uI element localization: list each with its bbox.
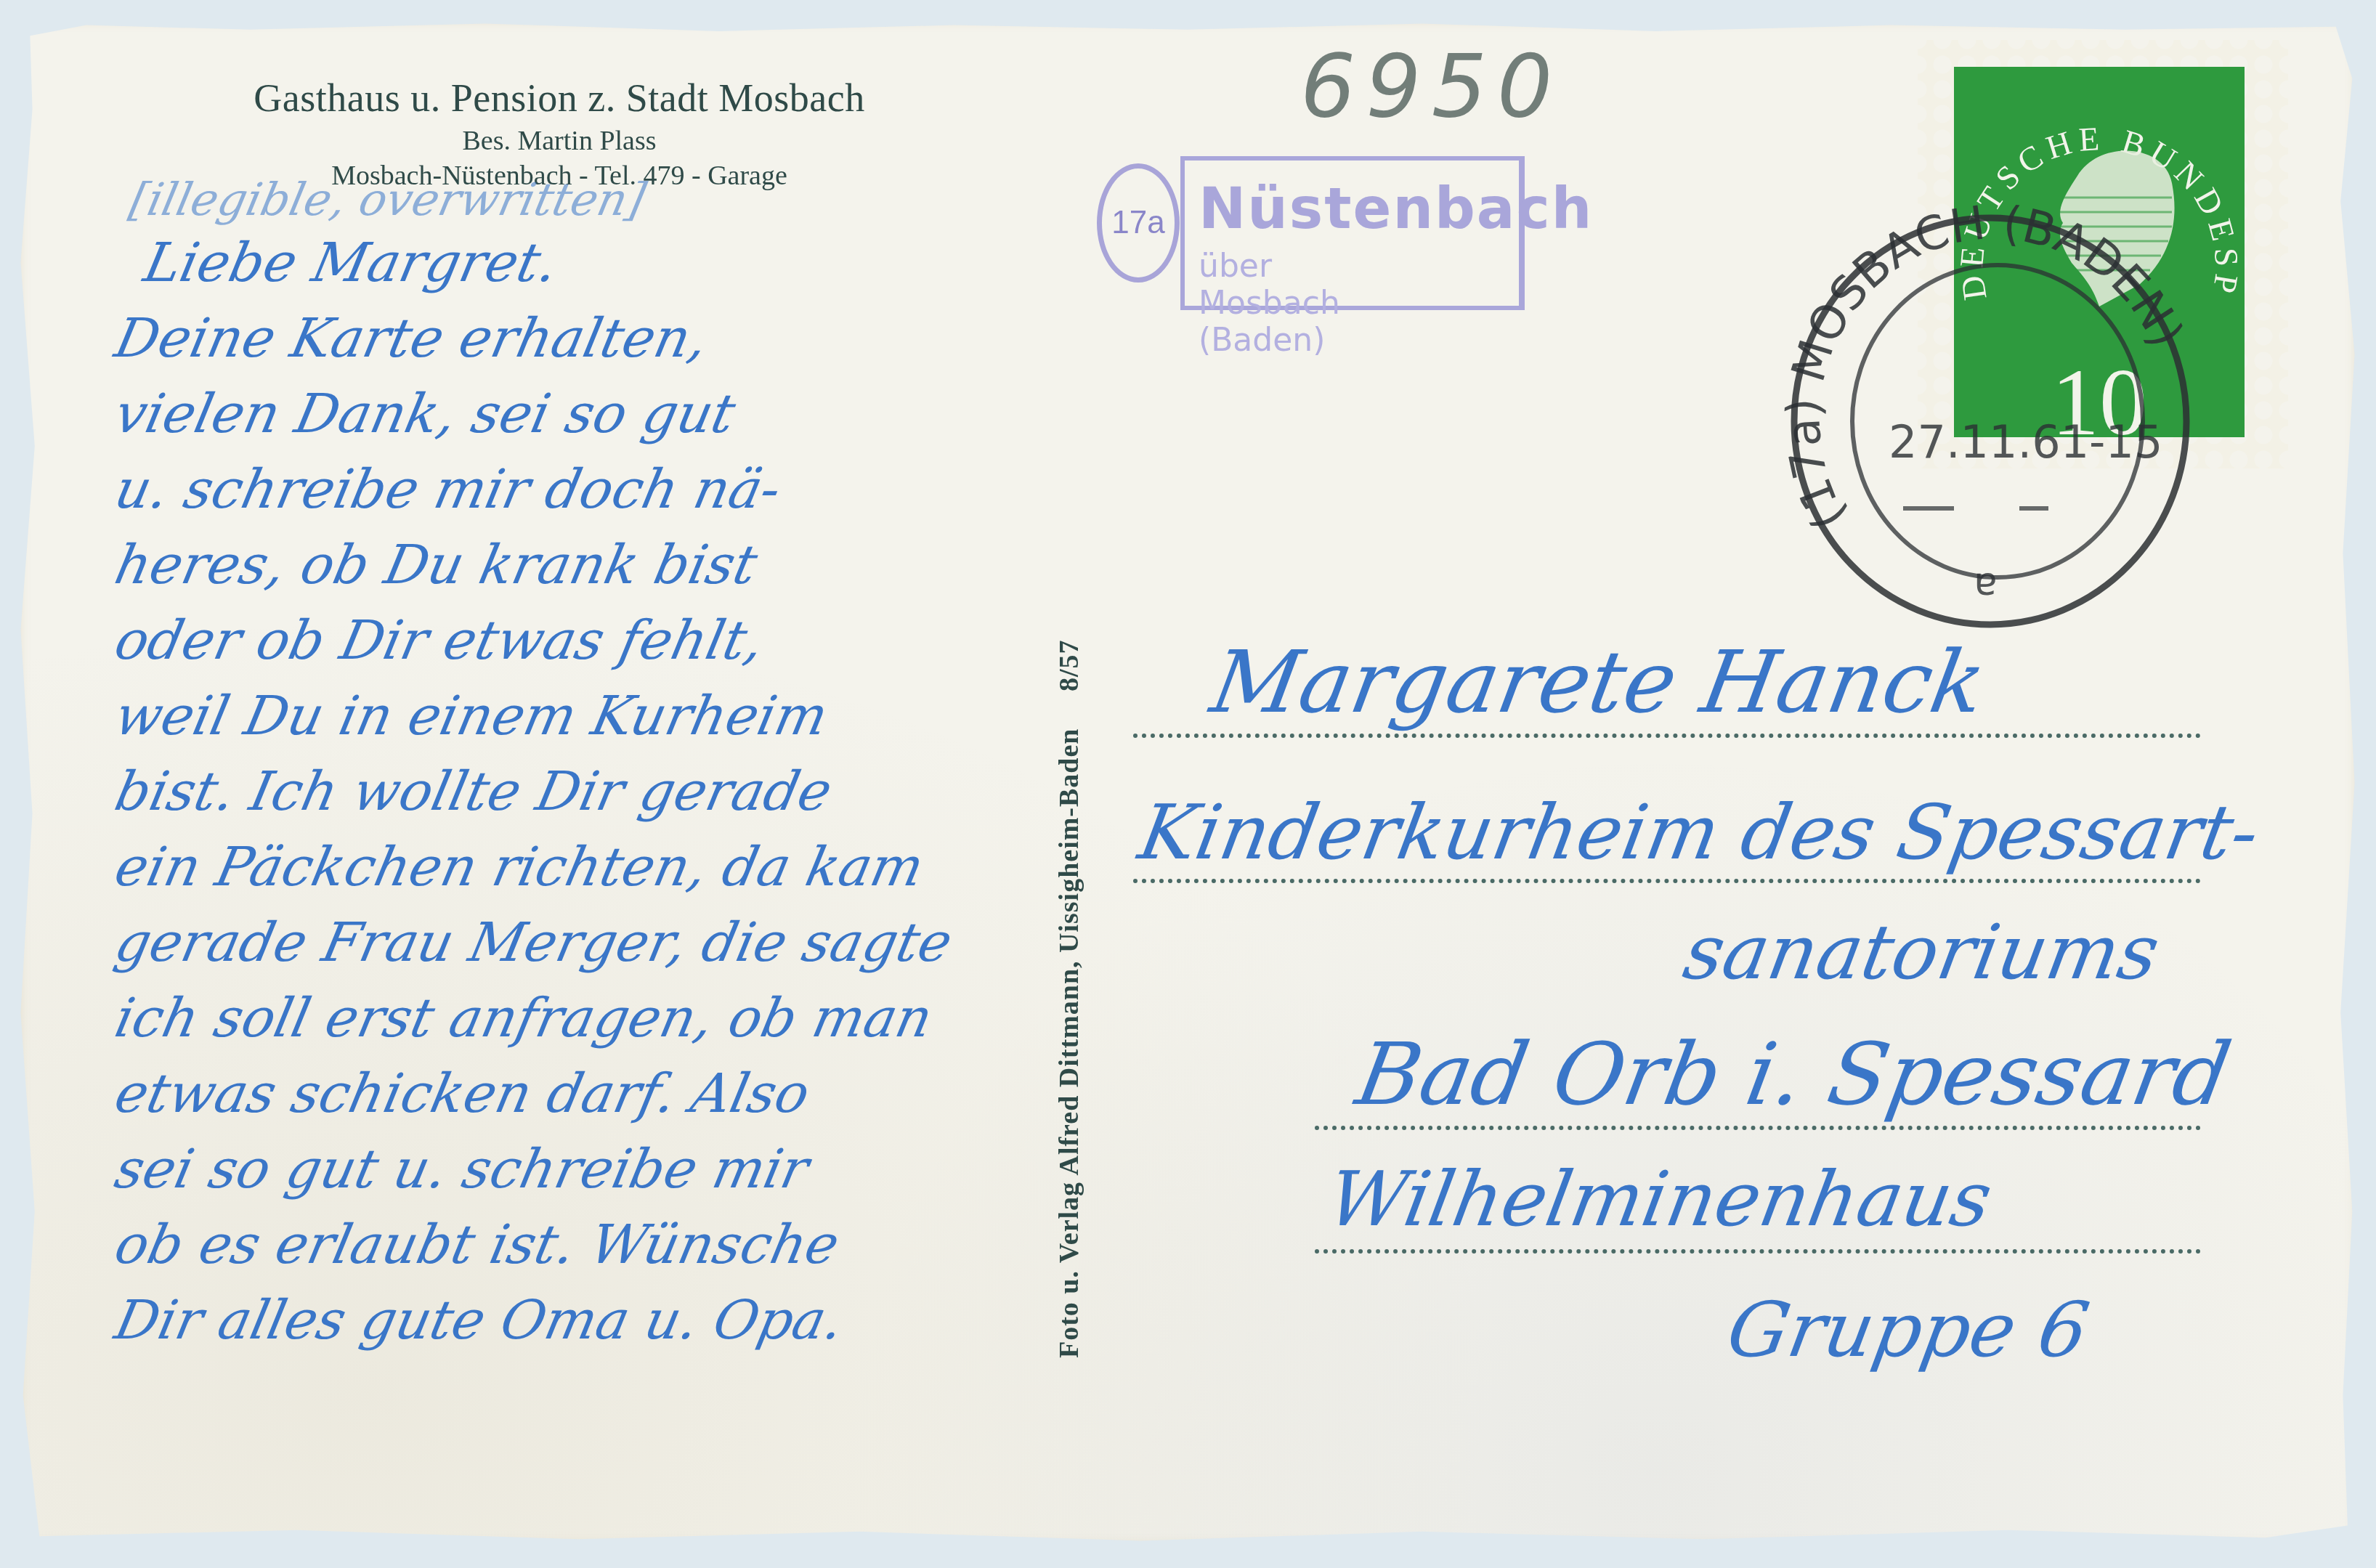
letterhead-owner: Bes. Martin Plass bbox=[131, 123, 988, 158]
message-line: gerade Frau Merger, die sagte bbox=[108, 905, 959, 980]
district-code: 17a bbox=[1111, 205, 1164, 241]
message-line: weil Du in einem Kurheim bbox=[108, 678, 959, 754]
message-line: [illegible, overwritten] bbox=[126, 174, 957, 225]
message-line: Deine Karte erhalten, bbox=[108, 301, 959, 376]
message-signature: Dir alles gute Oma u. Opa. bbox=[108, 1283, 959, 1358]
message-line: ob es erlaubt ist. Wünsche bbox=[108, 1207, 959, 1283]
postmark: (17a) MOSBACH (BADEN) 27.11.61-15 a bbox=[1780, 182, 2186, 625]
address-city: Bad Orb i. Spessard bbox=[1350, 1024, 2238, 1124]
message-line: sei so gut u. schreibe mir bbox=[108, 1132, 959, 1207]
publisher-code: 8/57 bbox=[1054, 639, 1084, 691]
address-line: Kinderkurheim des Spessart- bbox=[1132, 788, 2266, 877]
recipient-name: Margarete Hanck bbox=[1204, 632, 1993, 732]
address-line: Wilhelminenhaus bbox=[1321, 1155, 1998, 1243]
message-line: etwas schicken darf. Also bbox=[108, 1056, 959, 1132]
letterhead-title: Gasthaus u. Pension z. Stadt Mosbach bbox=[131, 73, 988, 123]
address-dotted-line bbox=[1315, 1242, 2201, 1254]
rubber-stamp-subtitle: über Mosbach (Baden) bbox=[1199, 248, 1340, 359]
message-line: u. schreibe mir doch nä- bbox=[108, 452, 959, 527]
publisher-imprint: Foto u. Verlag Alfred Dittmann, Uissighe… bbox=[1053, 254, 1085, 1358]
message-line: bist. Ich wollte Dir gerade bbox=[108, 754, 959, 829]
message-line: heres, ob Du krank bist bbox=[108, 527, 959, 603]
message-greeting: Liebe Margret. bbox=[137, 225, 959, 301]
svg-text:27.11.61-15: 27.11.61-15 bbox=[1889, 415, 2162, 468]
svg-text:a: a bbox=[1974, 564, 1998, 610]
publisher-text: Foto u. Verlag Alfred Dittmann, Uissighe… bbox=[1054, 728, 1084, 1358]
address-line: Gruppe 6 bbox=[1721, 1285, 2095, 1374]
message-line: vielen Dank, sei so gut bbox=[108, 376, 959, 452]
address-line: sanatoriums bbox=[1677, 908, 2165, 996]
message-line: ein Päckchen richten, da kam bbox=[108, 829, 959, 905]
message-line: ich soll erst anfragen, ob man bbox=[108, 980, 959, 1056]
postmark-rings: (17a) MOSBACH (BADEN) 27.11.61-15 a bbox=[1780, 182, 2186, 625]
handwritten-message: [illegible, overwritten] Liebe Margret. … bbox=[145, 174, 951, 1358]
message-line: oder ob Dir etwas fehlt, bbox=[108, 603, 959, 678]
district-circle: 17a bbox=[1097, 163, 1180, 283]
pencil-note: 6950 bbox=[1300, 36, 1562, 137]
rubber-stamp-place: Nüstenbach bbox=[1199, 176, 1593, 242]
